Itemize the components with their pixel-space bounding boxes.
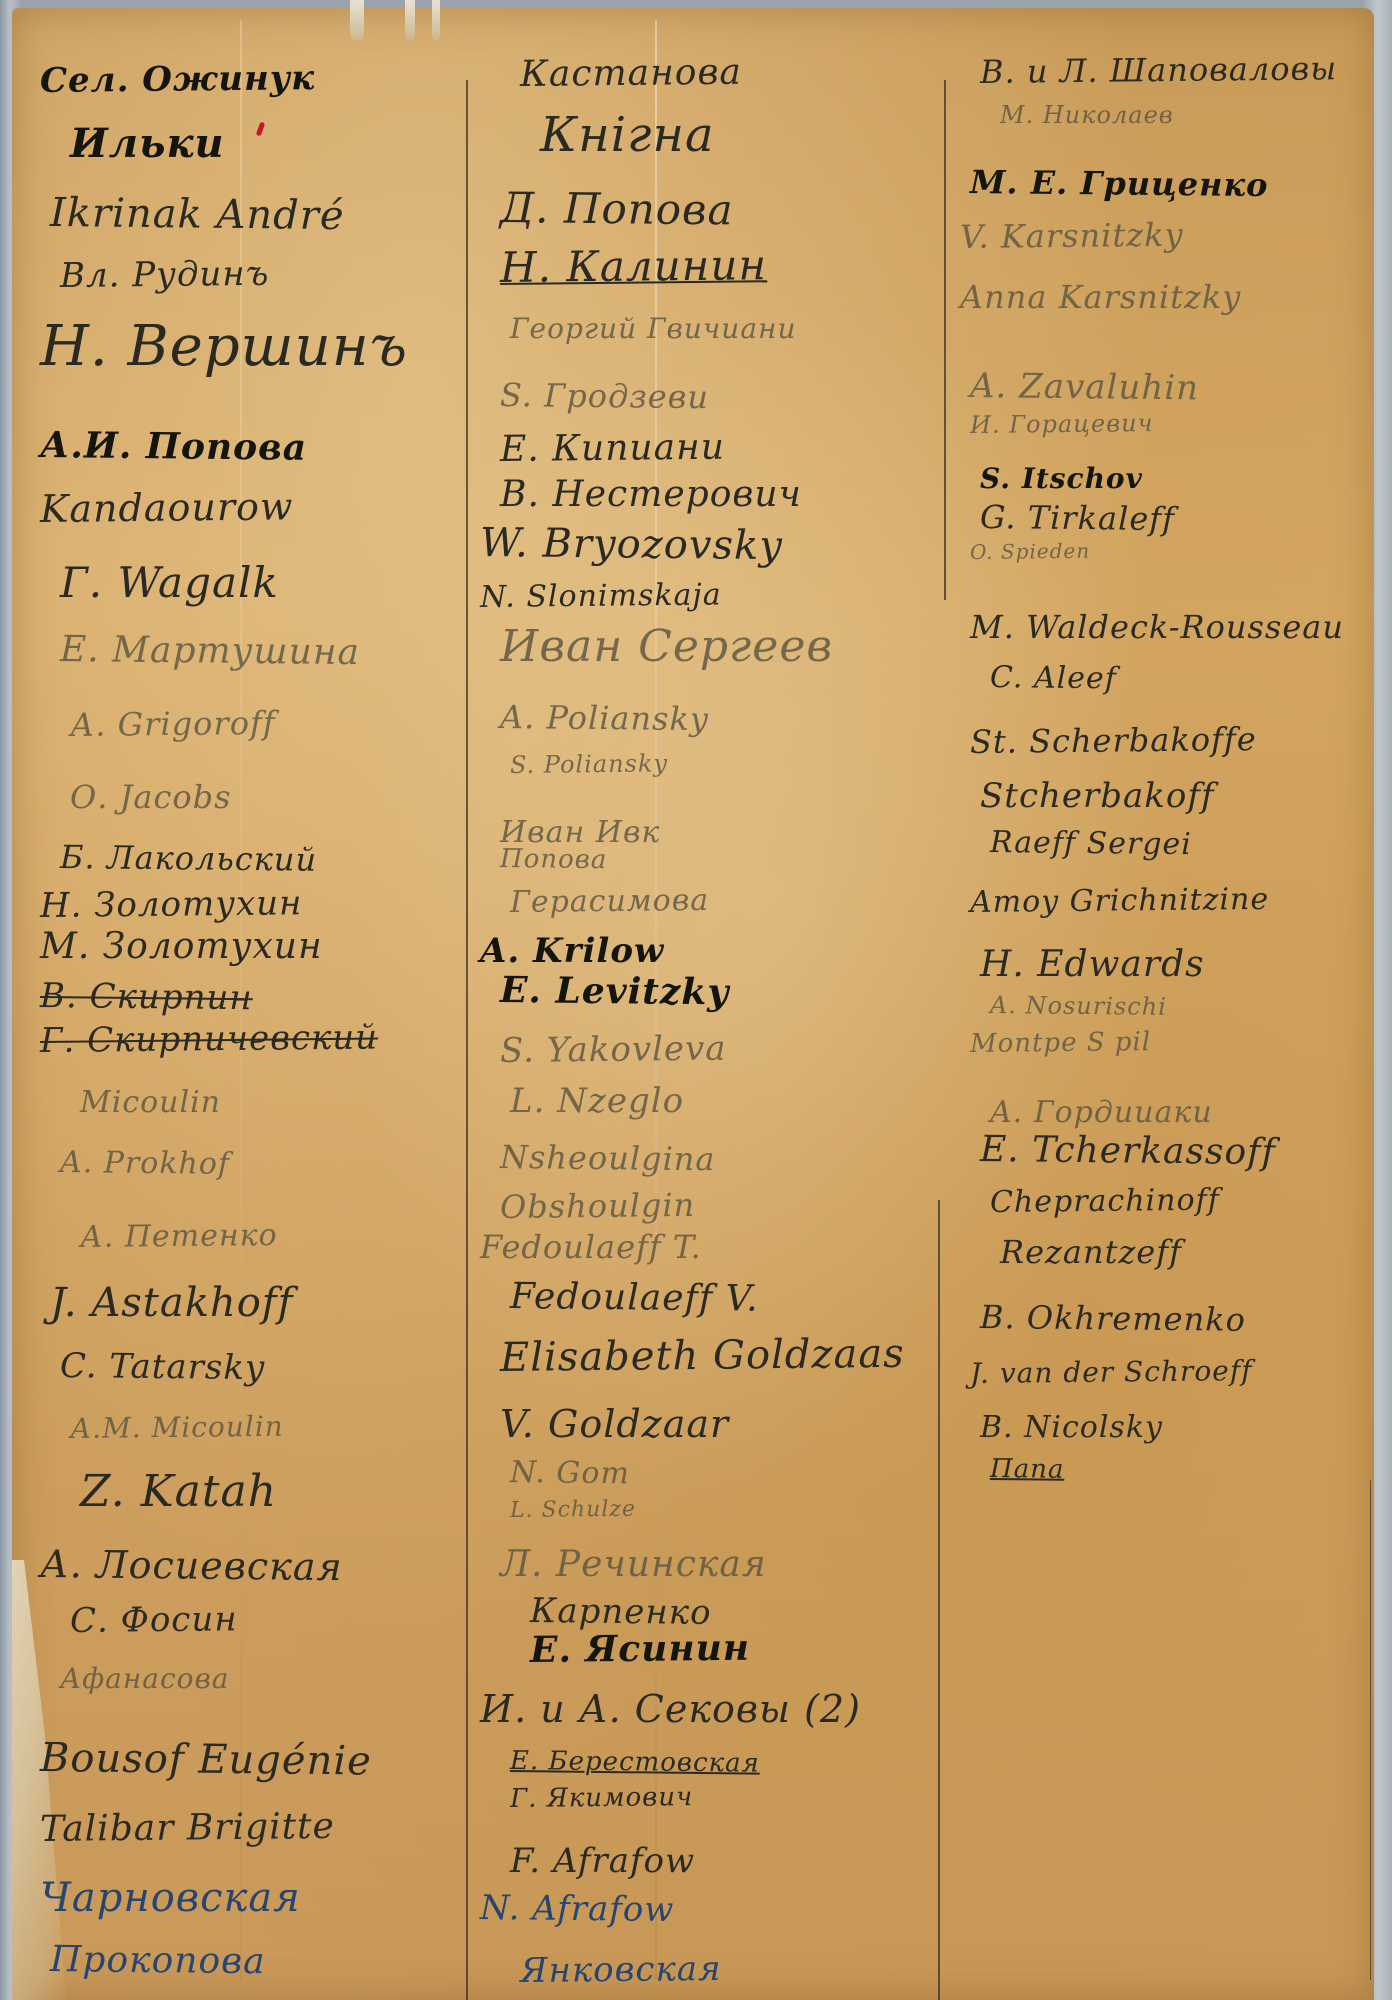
signature-right-20: E. Tcherkassoff [980, 1129, 1276, 1173]
signature-right-11: C. Aleef [990, 660, 1117, 696]
column-divider-right-top [944, 80, 946, 600]
signature-left-15: Г. Скирпичевский [40, 1017, 379, 1061]
signature-left-3: Вл. Рудинъ [60, 254, 270, 296]
signature-right-13: Stcherbakoff [980, 776, 1215, 816]
signature-left-19: J. Astakhoff [50, 1280, 293, 1326]
signature-right-10: M. Waldeck-Rousseau [970, 608, 1344, 646]
signature-left-29: Прокопова [50, 1939, 266, 1982]
signature-middle-23: Fedoulaeff V. [510, 1276, 759, 1320]
signature-left-10: О. Jacobs [70, 778, 232, 816]
signature-middle-32: Е. Берестовская [510, 1746, 760, 1779]
signature-left-25: Афанасова [60, 1662, 229, 1695]
signature-left-6: Kandaourow [40, 484, 294, 531]
signature-middle-18: S. Yakovleva [500, 1029, 727, 1071]
signature-right-5: A. Zavaluhin [970, 366, 1199, 408]
signature-middle-0: Кастанова [520, 52, 742, 95]
signature-middle-35: N. Afrafow [480, 1888, 675, 1930]
signature-right-19: A. Гордииаки [990, 1095, 1213, 1130]
signature-right-12: St. Scherbakoffe [970, 720, 1257, 761]
signature-left-4: Н. Вершинъ [40, 314, 408, 379]
signature-middle-11: A. Poliansky [500, 698, 709, 738]
signature-middle-12: S. Poliansky [510, 749, 668, 779]
signature-right-16: H. Edwards [980, 944, 1205, 985]
signature-middle-2: Д. Попова [500, 183, 734, 234]
column-divider-right-bottom [938, 1200, 940, 2000]
signature-middle-28: Л. Речинская [500, 1544, 767, 1585]
signature-right-6: И. Горацевич [970, 409, 1154, 439]
signature-middle-10: Иван Сергеев [500, 621, 833, 672]
signature-right-14: Raeff Sergei [990, 825, 1192, 862]
signature-middle-31: И. и А. Сековы (2) [480, 1687, 861, 1731]
signature-left-0: Сел. Ожинук [40, 58, 316, 101]
signature-left-24: С. Фосин [70, 1599, 238, 1641]
signature-middle-8: W. Bryozovsky [480, 520, 783, 569]
signature-middle-9: N. Slonimskaja [480, 577, 722, 615]
paper-tab-mark [350, 0, 364, 40]
signature-middle-20: Nsheoulgina [500, 1138, 716, 1178]
signature-right-26: Папа [990, 1454, 1065, 1485]
signature-left-12: Н. Золотухин [40, 883, 303, 926]
signature-middle-25: V. Goldzaar [500, 1402, 729, 1446]
signature-right-15: Amoy Grichnitzine [970, 882, 1269, 920]
signature-middle-7: В. Нестерович [500, 474, 802, 515]
signature-middle-19: L. Nzeglo [510, 1081, 684, 1121]
column-divider-left [466, 80, 468, 2000]
signature-middle-4: Георгий Гвичиани [510, 312, 797, 345]
signature-left-22: Z. Katah [80, 1466, 277, 1517]
signature-left-28: Чарновская [40, 1875, 301, 1921]
signature-middle-15: Герасимова [510, 883, 709, 920]
signature-middle-22: Fedoulaeff T. [480, 1228, 702, 1266]
signature-right-22: Rezantzeff [1000, 1233, 1182, 1271]
signature-left-23: А. Лосиевская [40, 1542, 343, 1589]
signature-left-16: Micoulin [80, 1085, 221, 1120]
signature-right-8: G. Tirkaleff [980, 498, 1175, 538]
signature-left-13: М. Золотухин [40, 926, 323, 967]
signature-middle-16: A. Krilow [480, 931, 664, 971]
signature-middle-26: N. Gom [510, 1455, 630, 1491]
signature-middle-36: Янковская [520, 1949, 722, 1991]
signature-middle-34: F. Afrafow [510, 1841, 695, 1881]
signature-left-7: Г. Wagalk [60, 558, 279, 607]
scanned-document: Сел. ОжинукИлькиIkrinak AndréВл. РудинъН… [0, 0, 1392, 2000]
signature-right-17: A. Nosurischi [990, 991, 1167, 1021]
signature-left-20: C. Tatarsky [60, 1346, 266, 1388]
signature-left-18: А. Петенко [80, 1218, 278, 1255]
paper-tab-mark [432, 0, 440, 40]
signature-right-24: J. van der Schroeff [970, 1354, 1253, 1390]
signature-middle-33: Г. Якимович [510, 1782, 694, 1814]
signature-left-27: Talibar Brigitte [40, 1806, 335, 1850]
signature-middle-30: Е. Ясинин [530, 1627, 750, 1671]
signature-left-1: Ильки [70, 120, 225, 167]
signature-middle-6: Е. Кипиани [500, 427, 725, 470]
signature-left-9: А. Grigoroff [70, 704, 276, 744]
signature-left-26: Bousof Eugénie [40, 1735, 372, 1784]
signature-right-1: М. Николаев [1000, 101, 1174, 129]
signature-right-21: Cheprachinoff [990, 1183, 1220, 1220]
signature-left-11: Б. Лакольский [60, 838, 317, 879]
signature-middle-3: Н. Калинин [500, 240, 768, 292]
signature-middle-21: Obshoulgin [500, 1186, 696, 1226]
signature-right-25: B. Nicolsky [980, 1410, 1163, 1445]
signature-middle-24: Elisabeth Goldzaas [500, 1331, 905, 1381]
signature-right-4: Anna Karsnitzky [960, 278, 1241, 316]
right-margin-line [1370, 1480, 1371, 1980]
signature-left-2: Ikrinak André [50, 190, 345, 239]
signature-middle-5: S. Гродзеви [500, 376, 709, 416]
signature-left-14: В. Скирпин [40, 976, 253, 1018]
signature-right-7: S. Itschov [980, 462, 1143, 495]
signature-left-5: А.И. Попова [40, 424, 308, 469]
signature-left-17: A. Prokhof [60, 1145, 230, 1182]
signature-right-2: М. Е. Гриценко [970, 163, 1269, 204]
signature-right-9: O. Spieden [970, 539, 1090, 564]
signature-right-3: V. Karsnitzky [960, 216, 1184, 256]
signature-left-21: А.М. Micoulin [70, 1410, 284, 1445]
signature-right-0: В. и Л. Шаповаловы [980, 49, 1338, 91]
signature-right-18: Montpe S pil [970, 1027, 1151, 1059]
signature-left-8: Е. Мартушина [60, 629, 360, 673]
signature-right-23: B. Okhremenko [980, 1298, 1246, 1339]
signature-middle-1: Кнігна [540, 107, 715, 163]
signature-middle-27: L. Schulze [510, 1497, 636, 1523]
signature-middle-14: Попова [500, 844, 608, 875]
paper-tab-mark [405, 0, 415, 40]
signature-middle-17: E. Levitzky [500, 969, 730, 1013]
